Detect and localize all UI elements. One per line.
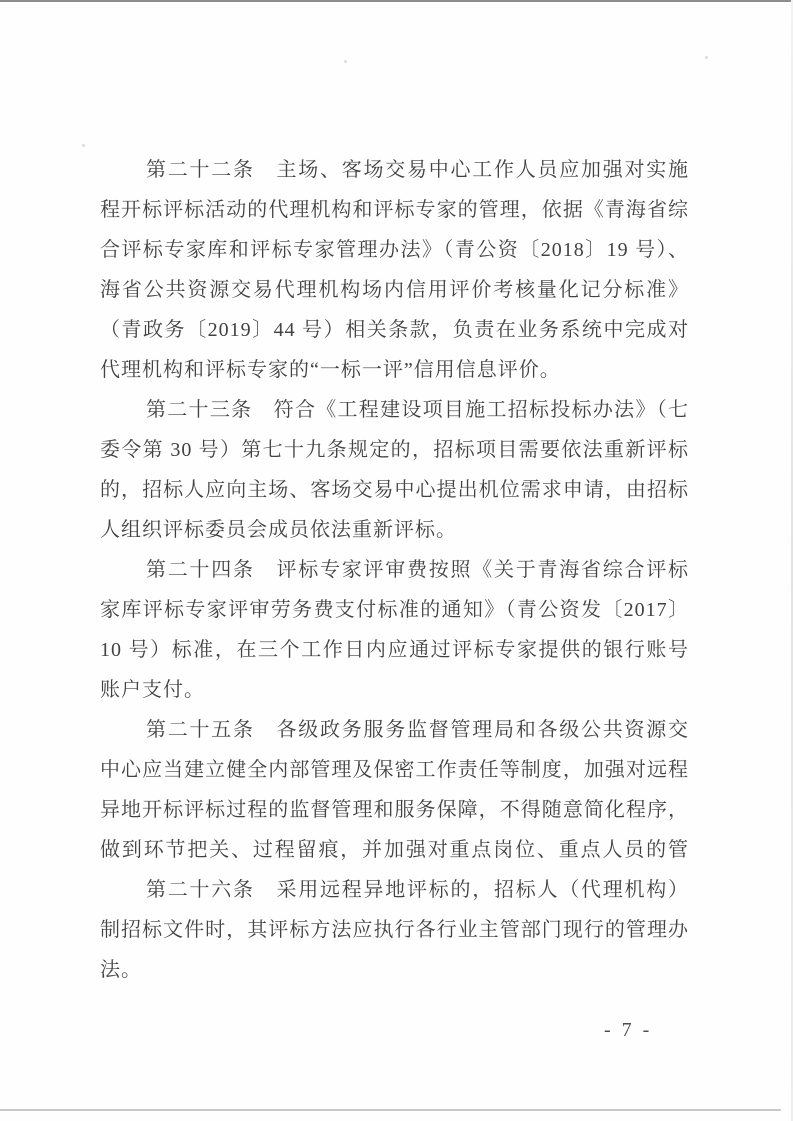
text-line: 法。 [100, 950, 689, 990]
paragraph-article-25: 第二十五条 各级政务服务监督管理局和各级公共资源交易 中心应当建立健全内部管理及… [100, 710, 689, 870]
text-line: 中心应当建立健全内部管理及保密工作责任等制度，加强对远程 [100, 750, 689, 790]
paragraph-article-24: 第二十四条 评标专家评审费按照《关于青海省综合评标专 家库评标专家评审劳务费支付… [100, 550, 689, 710]
text-line: 账户支付。 [100, 670, 689, 710]
document-body: 第二十二条 主场、客场交易中心工作人员应加强对实施远 程开标评标活动的代理机构和… [100, 150, 689, 990]
scanned-document-page: 第二十二条 主场、客场交易中心工作人员应加强对实施远 程开标评标活动的代理机构和… [0, 0, 793, 1121]
text-line: 家库评标专家评审劳务费支付标准的通知》（青公资发〔2017〕 [100, 590, 689, 630]
paragraph-article-26: 第二十六条 采用远程异地评标的，招标人（代理机构）编 制招标文件时，其评标方法应… [100, 870, 689, 990]
scan-artifact-top-edge [0, 0, 793, 2]
text-line: 第二十二条 主场、客场交易中心工作人员应加强对实施远 [100, 150, 689, 190]
text-line: 代理机构和评标专家的“一标一评”信用信息评价。 [100, 350, 689, 390]
page-number: - 7 - [604, 1016, 652, 1044]
text-line: 合评标专家库和评标专家管理办法》（青公资〔2018〕19 号）、《青 [100, 230, 689, 270]
paragraph-article-23: 第二十三条 符合《工程建设项目施工招标投标办法》（七部 委令第 30 号）第七十… [100, 390, 689, 550]
text-line: 第二十三条 符合《工程建设项目施工招标投标办法》（七部 [100, 390, 689, 430]
text-line: 异地开标评标过程的监督管理和服务保障，不得随意简化程序， [100, 790, 689, 830]
text-line: 委令第 30 号）第七十九条规定的，招标项目需要依法重新评标 [100, 430, 689, 470]
text-line: 制招标文件时，其评标方法应执行各行业主管部门现行的管理办 [100, 910, 689, 950]
text-line: 做到环节把关、过程留痕，并加强对重点岗位、重点人员的管理。 [100, 830, 689, 870]
text-line: 第二十六条 采用远程异地评标的，招标人（代理机构）编 [100, 870, 689, 910]
scan-speck [344, 60, 347, 63]
text-line: 第二十四条 评标专家评审费按照《关于青海省综合评标专 [100, 550, 689, 590]
scan-artifact-bottom-edge [0, 1109, 781, 1111]
text-line: 人组织评标委员会成员依法重新评标。 [100, 510, 689, 550]
scan-speck [82, 144, 85, 147]
text-line: 海省公共资源交易代理机构场内信用评价考核量化记分标准》 [100, 270, 689, 310]
text-line: （青政务〔2019〕44 号）相关条款，负责在业务系统中完成对 [100, 310, 689, 350]
text-line: 第二十五条 各级政务服务监督管理局和各级公共资源交易 [100, 710, 689, 750]
paragraph-article-22: 第二十二条 主场、客场交易中心工作人员应加强对实施远 程开标评标活动的代理机构和… [100, 150, 689, 390]
text-line: 10 号）标准，在三个工作日内应通过评标专家提供的银行账号 [100, 630, 689, 670]
text-line: 的，招标人应向主场、客场交易中心提出机位需求申请，由招标 [100, 470, 689, 510]
text-line: 程开标评标活动的代理机构和评标专家的管理，依据《青海省综 [100, 190, 689, 230]
scan-speck [705, 56, 708, 59]
